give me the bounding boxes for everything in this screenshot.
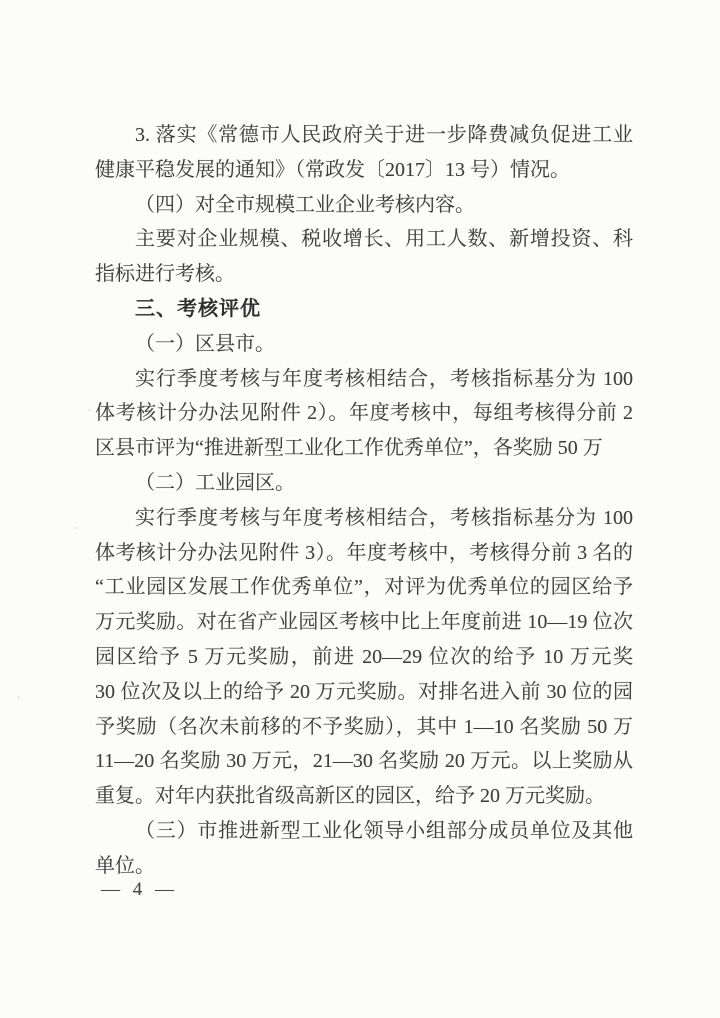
scan-speck <box>17 696 20 699</box>
text-line: 实行季度考核与年度考核相结合，考核指标基分为 100 分（具 <box>95 362 633 397</box>
text-line: 30 位次及以上的给予 20 万元奖励。对排名进入前 30 位的园区给 <box>95 675 633 710</box>
text-line: 11—20 名奖励 30 万元，21—30 名奖励 20 万元。以上奖励从高不 <box>95 744 633 779</box>
text-line: 予奖励（名次未前移的不予奖励），其中 1—10 名奖励 50 万元， <box>95 710 633 745</box>
page-number: — 4 — <box>101 878 178 902</box>
text-line: 体考核计分办法见附件 2）。年度考核中，每组考核得分前 2 名的 <box>95 396 633 431</box>
text-line: 园区给予 5 万元奖励，前进 20—29 位次的给予 10 万元奖励，前进 <box>95 640 633 675</box>
text-line: 重复。对年内获批省级高新区的园区，给予 20 万元奖励。 <box>95 779 633 814</box>
text-line: 指标进行考核。 <box>95 257 633 292</box>
document-page: 3. 落实《常德市人民政府关于进一步降费减负促进工业企业健康平稳发展的通知》（常… <box>0 0 720 1018</box>
scan-speck <box>88 409 91 411</box>
text-line: （二）工业园区。 <box>95 466 633 501</box>
text-line: “工业园区发展工作优秀单位”，对评为优秀单位的园区给予 20 <box>95 570 633 605</box>
scan-speck <box>74 527 77 529</box>
text-line: （一）区县市。 <box>95 327 633 362</box>
text-line: 3. 落实《常德市人民政府关于进一步降费减负促进工业企业 <box>95 118 633 153</box>
document-body: 3. 落实《常德市人民政府关于进一步降费减负促进工业企业健康平稳发展的通知》（常… <box>95 118 633 884</box>
text-line: （四）对全市规模工业企业考核内容。 <box>95 188 633 223</box>
text-line: 健康平稳发展的通知》（常政发〔2017〕13 号）情况。 <box>95 153 633 188</box>
text-line: （三）市推进新型工业化领导小组部分成员单位及其他涉企 <box>95 814 633 849</box>
text-line: 主要对企业规模、税收增长、用工人数、新增投资、科技创新等 <box>95 222 633 257</box>
text-line: 万元奖励。对在省产业园区考核中比上年度前进 10—19 位次的 <box>95 605 633 640</box>
text-line: 实行季度考核与年度考核相结合，考核指标基分为 100 分（具 <box>95 501 633 536</box>
text-line: 体考核计分办法见附件 3）。年度考核中，考核得分前 3 名的评为 <box>95 536 633 571</box>
section-heading: 三、考核评优 <box>95 292 633 327</box>
text-line: 区县市评为“推进新型工业化工作优秀单位”，各奖励 50 万元。 <box>95 431 633 466</box>
